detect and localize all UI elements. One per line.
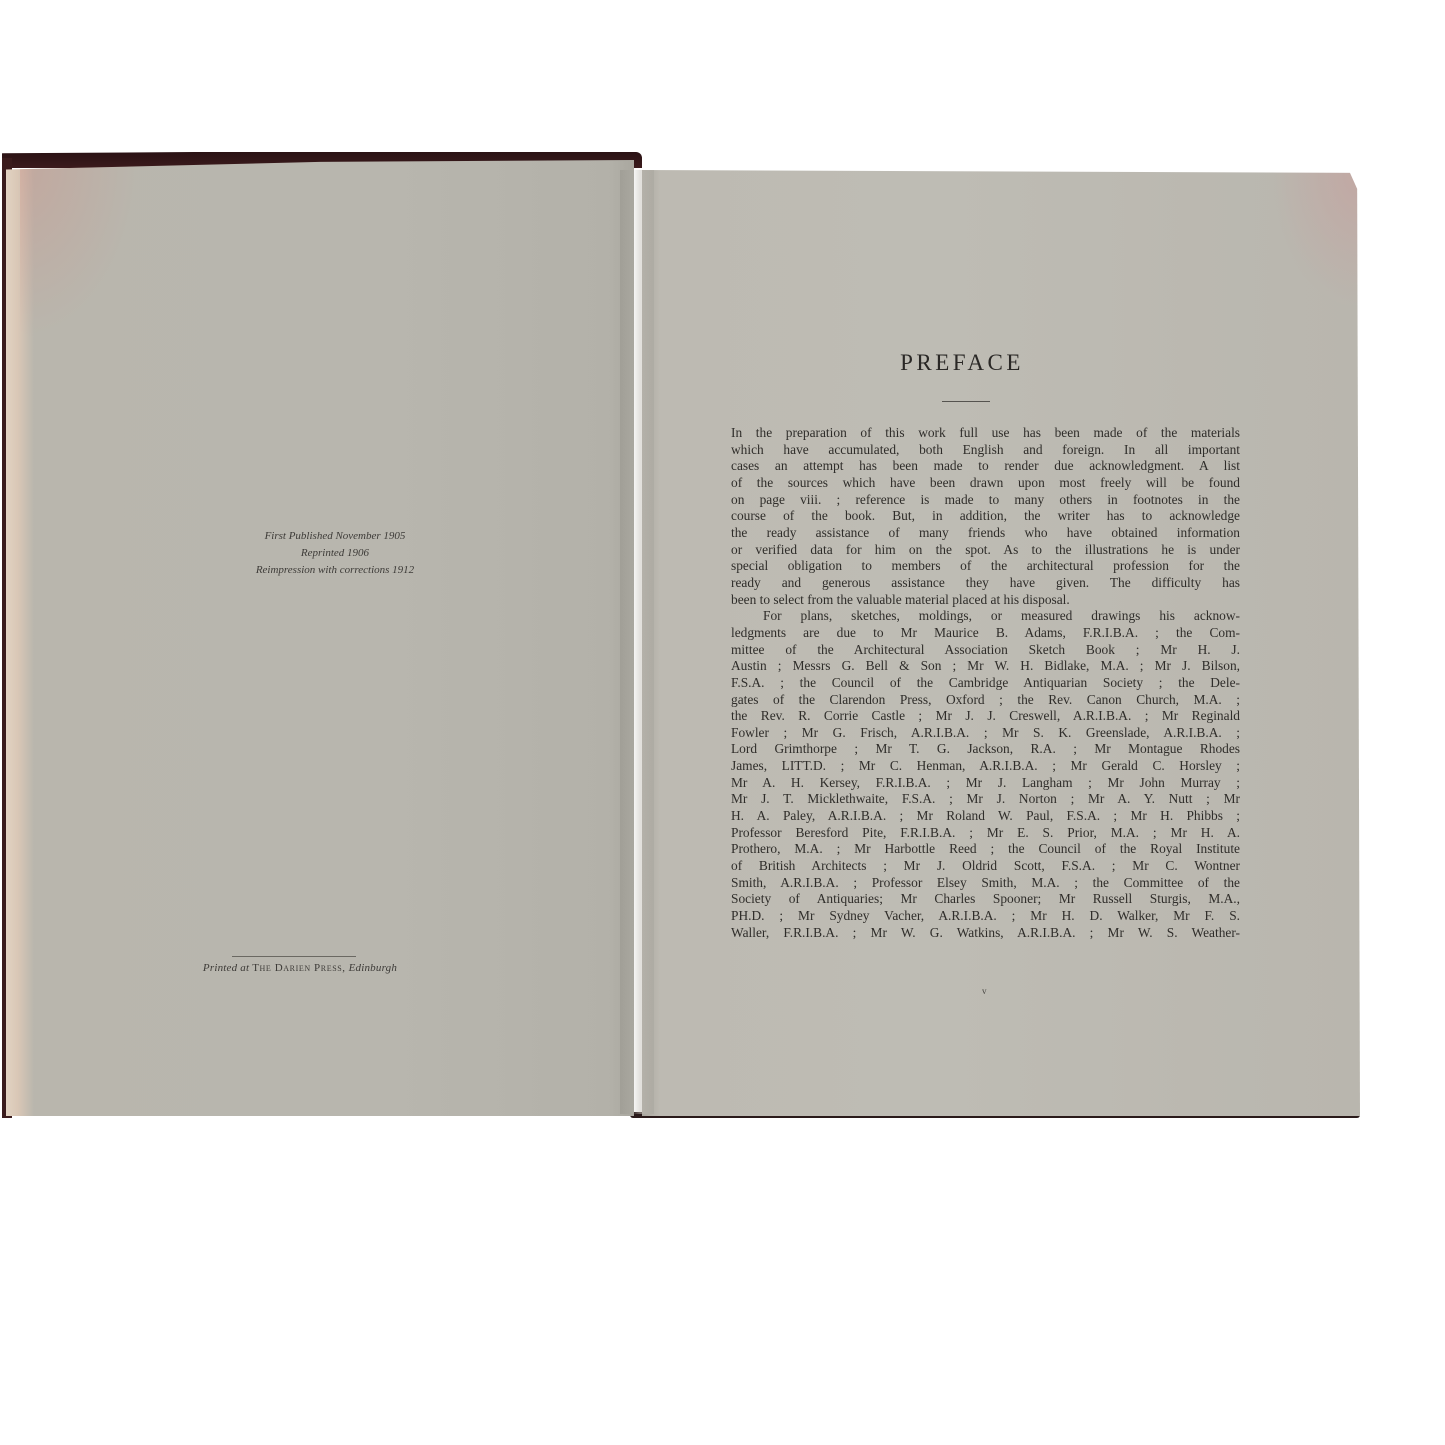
text-line: Mr J. T. Micklethwaite, F.S.A. ; Mr J. N… — [731, 791, 1240, 808]
publication-imprint: First Published November 1905 Reprinted … — [210, 528, 460, 579]
text-line: Lord Grimthorpe ; Mr T. G. Jackson, R.A.… — [731, 741, 1240, 758]
paragraph-1: In the preparation of this work full use… — [731, 425, 1240, 608]
text-line: Fowler ; Mr G. Frisch, A.R.I.B.A. ; Mr S… — [731, 725, 1240, 742]
printer-city: Edinburgh — [349, 962, 397, 974]
text-line: of British Architects ; Mr J. Oldrid Sco… — [731, 858, 1240, 875]
text-line: H. A. Paley, A.R.I.B.A. ; Mr Roland W. P… — [731, 808, 1240, 825]
text-line: special obligation to members of the arc… — [731, 558, 1240, 575]
text-line: been to select from the valuable materia… — [731, 592, 1240, 609]
text-line: Prothero, M.A. ; Mr Harbottle Reed ; the… — [731, 841, 1240, 858]
text-line: mittee of the Architectural Association … — [731, 642, 1240, 659]
text-line: gates of the Clarendon Press, Oxford ; t… — [731, 692, 1240, 709]
paragraph-2: For plans, sketches, moldings, or measur… — [731, 608, 1240, 941]
text-line: James, LITT.D. ; Mr C. Henman, A.R.I.B.A… — [731, 758, 1240, 775]
imprint-line: Reimpression with corrections 1912 — [210, 562, 460, 579]
text-line: which have accumulated, both English and… — [731, 442, 1240, 459]
printer-press: The Darien Press, — [252, 962, 345, 974]
text-line: or verified data for him on the spot. As… — [731, 542, 1240, 559]
text-line: F.S.A. ; the Council of the Cambridge An… — [731, 675, 1240, 692]
imprint-line: First Published November 1905 — [210, 528, 460, 545]
text-line: course of the book. But, in addition, th… — [731, 508, 1240, 525]
printer-rule — [232, 956, 356, 957]
text-line: Society of Antiquaries; Mr Charles Spoon… — [731, 891, 1240, 908]
text-line: on page viii. ; reference is made to man… — [731, 492, 1240, 509]
text-line: the ready assistance of many friends who… — [731, 525, 1240, 542]
text-line: For plans, sketches, moldings, or measur… — [731, 608, 1240, 625]
text-line: Professor Beresford Pite, F.R.I.B.A. ; M… — [731, 825, 1240, 842]
open-book: First Published November 1905 Reprinted … — [0, 0, 1445, 1445]
text-line: Waller, F.R.I.B.A. ; Mr W. G. Watkins, A… — [731, 925, 1240, 942]
book-gutter — [620, 170, 654, 1114]
printer-prefix: Printed at — [203, 962, 249, 974]
text-line: cases an attempt has been made to render… — [731, 458, 1240, 475]
text-line: ready and generous assistance they have … — [731, 575, 1240, 592]
text-line: Smith, A.R.I.B.A. ; Professor Elsey Smit… — [731, 875, 1240, 892]
page-signature-mark: v — [982, 986, 987, 996]
title-rule — [942, 401, 990, 402]
printer-line: Printed at The Darien Press, Edinburgh — [150, 962, 450, 974]
text-line: In the preparation of this work full use… — [731, 425, 1240, 442]
imprint-line: Reprinted 1906 — [210, 545, 460, 562]
page-title: PREFACE — [862, 350, 1062, 376]
text-line: Austin ; Messrs G. Bell & Son ; Mr W. H.… — [731, 658, 1240, 675]
preface-body: In the preparation of this work full use… — [731, 425, 1240, 941]
text-line: of the sources which have been drawn upo… — [731, 475, 1240, 492]
text-line: the Rev. R. Corrie Castle ; Mr J. J. Cre… — [731, 708, 1240, 725]
text-line: PH.D. ; Mr Sydney Vacher, A.R.I.B.A. ; M… — [731, 908, 1240, 925]
text-line: ledgments are due to Mr Maurice B. Adams… — [731, 625, 1240, 642]
text-line: Mr A. H. Kersey, F.R.I.B.A. ; Mr J. Lang… — [731, 775, 1240, 792]
